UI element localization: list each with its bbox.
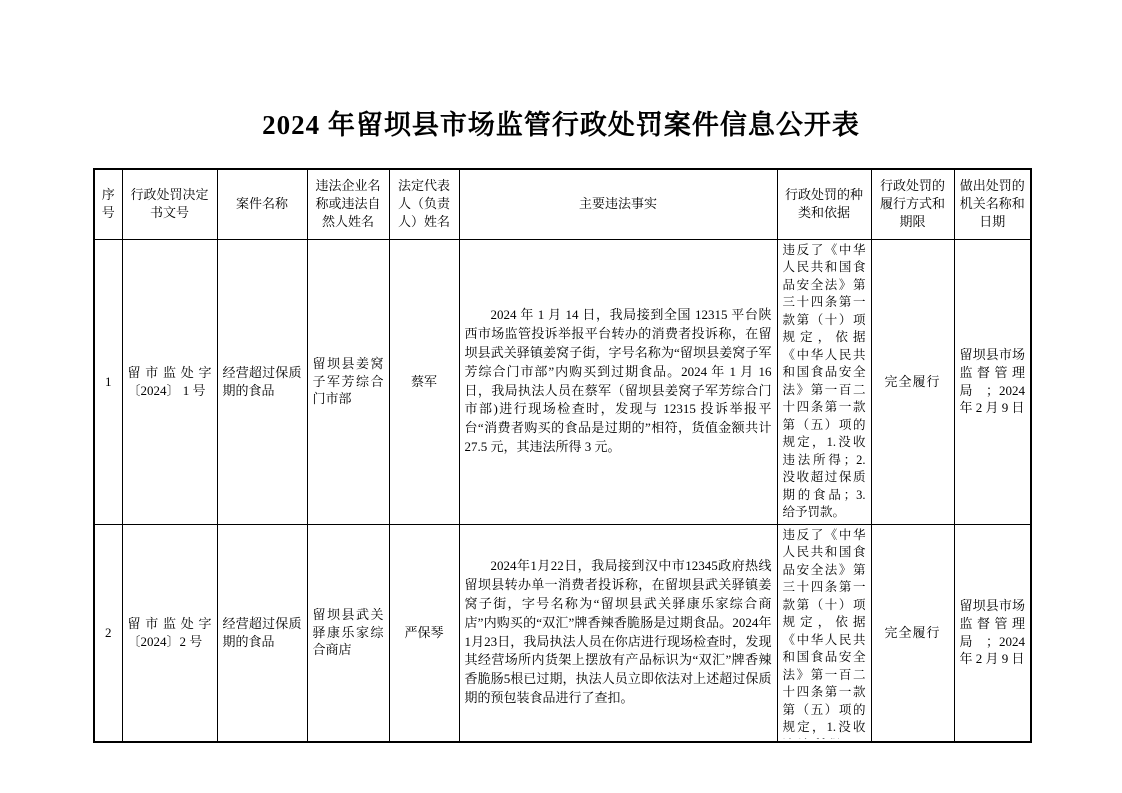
cell-serial-no: 1 — [94, 239, 122, 524]
cell-authority-date: 留坝县市场监督管理局；2024 年 2 月 9 日 — [954, 239, 1031, 524]
main-facts-text: 2024年1月22日，我局接到汉中市12345政府热线留坝县转办单一消费者投诉称… — [465, 557, 772, 708]
document-page: 2024 年留坝县市场监管行政处罚案件信息公开表 序号 行政处罚决定书文号 案件… — [0, 0, 1122, 793]
header-serial-no: 序号 — [94, 169, 122, 239]
header-legal-rep: 法定代表人（负责人）姓名 — [389, 169, 459, 239]
header-decision-doc-no: 行政处罚决定书文号 — [122, 169, 217, 239]
header-execution: 行政处罚的履行方式和期限 — [871, 169, 954, 239]
penalty-cases-table: 序号 行政处罚决定书文号 案件名称 违法企业名称或违法自然人姓名 法定代表人（负… — [93, 168, 1032, 743]
cell-authority-date: 留坝县市场监督管理局；2024 年 2 月 9 日 — [954, 524, 1031, 742]
cell-serial-no: 2 — [94, 524, 122, 742]
header-case-name: 案件名称 — [217, 169, 307, 239]
cell-party-name: 留坝县武关驿康乐家综合商店 — [307, 524, 389, 742]
page-title: 2024 年留坝县市场监管行政处罚案件信息公开表 — [0, 103, 1122, 142]
cell-main-facts: 2024 年 1 月 14 日，我局接到全国 12315 平台陕西市场监管投诉举… — [459, 239, 777, 524]
cell-decision-doc-no: 留市监处字〔2024〕 1 号 — [122, 239, 217, 524]
cell-party-name: 留坝县姜窝子军芳综合门市部 — [307, 239, 389, 524]
cell-case-name: 经营超过保质期的食品 — [217, 524, 307, 742]
header-penalty-basis: 行政处罚的种类和依据 — [777, 169, 871, 239]
main-facts-text: 2024 年 1 月 14 日，我局接到全国 12315 平台陕西市场监管投诉举… — [465, 306, 772, 457]
header-party-name: 违法企业名称或违法自然人姓名 — [307, 169, 389, 239]
penalty-basis-text: 违反了《中华人民共和国食品安全法》第三十四条第一款第（十）项规定，依据《中华人民… — [783, 242, 866, 522]
header-main-facts: 主要违法事实 — [459, 169, 777, 239]
table-header-row: 序号 行政处罚决定书文号 案件名称 违法企业名称或违法自然人姓名 法定代表人（负… — [94, 169, 1031, 239]
cell-penalty-basis: 违反了《中华人民共和国食品安全法》第三十四条第一款第（十）项规定，依据《中华人民… — [777, 239, 871, 524]
cell-execution: 完全履行 — [871, 239, 954, 524]
penalty-basis-text: 违反了《中华人民共和国食品安全法》第三十四条第一款第（十）项规定，依据《中华人民… — [783, 527, 866, 739]
table-row: 1 留市监处字〔2024〕 1 号 经营超过保质期的食品 留坝县姜窝子军芳综合门… — [94, 239, 1031, 524]
table-row: 2 留市监处字〔2024〕2 号 经营超过保质期的食品 留坝县武关驿康乐家综合商… — [94, 524, 1031, 742]
cell-legal-rep: 蔡军 — [389, 239, 459, 524]
cell-main-facts: 2024年1月22日，我局接到汉中市12345政府热线留坝县转办单一消费者投诉称… — [459, 524, 777, 742]
cell-execution: 完全履行 — [871, 524, 954, 742]
cell-legal-rep: 严保琴 — [389, 524, 459, 742]
header-authority-date: 做出处罚的机关名称和日期 — [954, 169, 1031, 239]
cell-case-name: 经营超过保质期的食品 — [217, 239, 307, 524]
cell-penalty-basis: 违反了《中华人民共和国食品安全法》第三十四条第一款第（十）项规定，依据《中华人民… — [777, 524, 871, 742]
cell-decision-doc-no: 留市监处字〔2024〕2 号 — [122, 524, 217, 742]
